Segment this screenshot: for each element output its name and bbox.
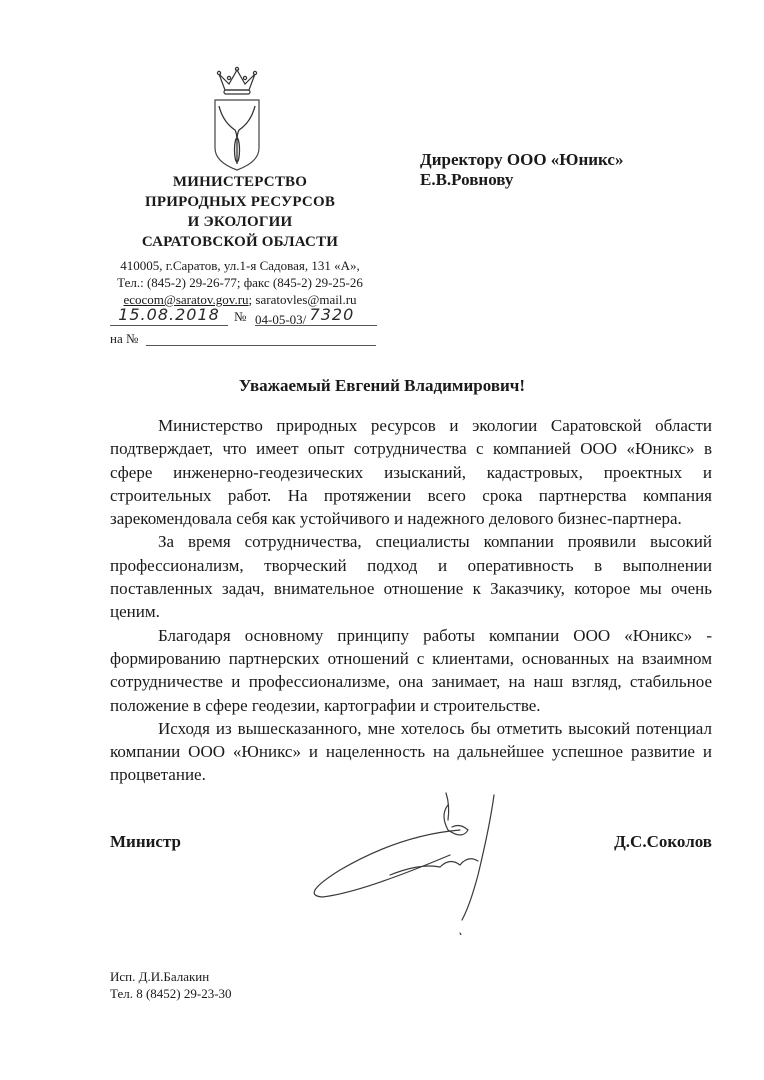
body-paragraph: Министерство природных ресурсов и эколог…: [110, 414, 712, 530]
body-paragraph: Исходя из вышесказанного, мне хотелось б…: [110, 717, 712, 787]
registration-number: 04-05-03/ 7320: [255, 305, 377, 326]
addressee-position: Директору ООО «Юникс»: [420, 150, 623, 170]
reply-reference: на №: [110, 331, 376, 349]
ministry-name-line: И ЭКОЛОГИИ: [110, 212, 370, 232]
reply-number-field: [146, 345, 376, 346]
signatory-name: Д.С.Соколов: [614, 832, 712, 852]
number-label: №: [234, 309, 246, 325]
executor-phone: Тел. 8 (8452) 29-23-30: [110, 985, 232, 1002]
ministry-name: МИНИСТЕРСТВО ПРИРОДНЫХ РЕСУРСОВ И ЭКОЛОГ…: [110, 172, 370, 252]
ministry-name-line: САРАТОВСКОЙ ОБЛАСТИ: [110, 232, 370, 252]
reply-label: на №: [110, 331, 138, 347]
addressee-block: Директору ООО «Юникс» Е.В.Ровнову: [420, 150, 623, 190]
letter-body: Министерство природных ресурсов и эколог…: [110, 414, 712, 787]
registration-number-prefix: 04-05-03/: [255, 312, 306, 327]
signatory-title: Министр: [110, 832, 181, 852]
body-paragraph: За время сотрудничества, специалисты ком…: [110, 530, 712, 623]
addressee-name: Е.В.Ровнову: [420, 170, 623, 190]
registration-date: 15.08.2018: [110, 305, 228, 326]
registration-number-handwritten: 7320: [310, 305, 355, 324]
handwritten-signature-icon: [300, 785, 530, 935]
body-paragraph: Благодаря основному принципу работы комп…: [110, 624, 712, 717]
executor-name: Исп. Д.И.Балакин: [110, 968, 232, 985]
ministry-contacts: 410005, г.Саратов, ул.1-я Садовая, 131 «…: [105, 257, 375, 308]
ministry-phones: Тел.: (845-2) 29-26-77; факс (845-2) 29-…: [105, 274, 375, 291]
executor-info: Исп. Д.И.Балакин Тел. 8 (8452) 29-23-30: [110, 968, 232, 1002]
ministry-name-line: МИНИСТЕРСТВО: [110, 172, 370, 192]
ministry-name-line: ПРИРОДНЫХ РЕСУРСОВ: [110, 192, 370, 212]
coat-of-arms-icon: [205, 64, 269, 176]
registration-line: 15.08.2018 № 04-05-03/ 7320: [110, 305, 376, 327]
ministry-address: 410005, г.Саратов, ул.1-я Садовая, 131 «…: [105, 257, 375, 274]
salutation: Уважаемый Евгений Владимирович!: [0, 376, 764, 396]
